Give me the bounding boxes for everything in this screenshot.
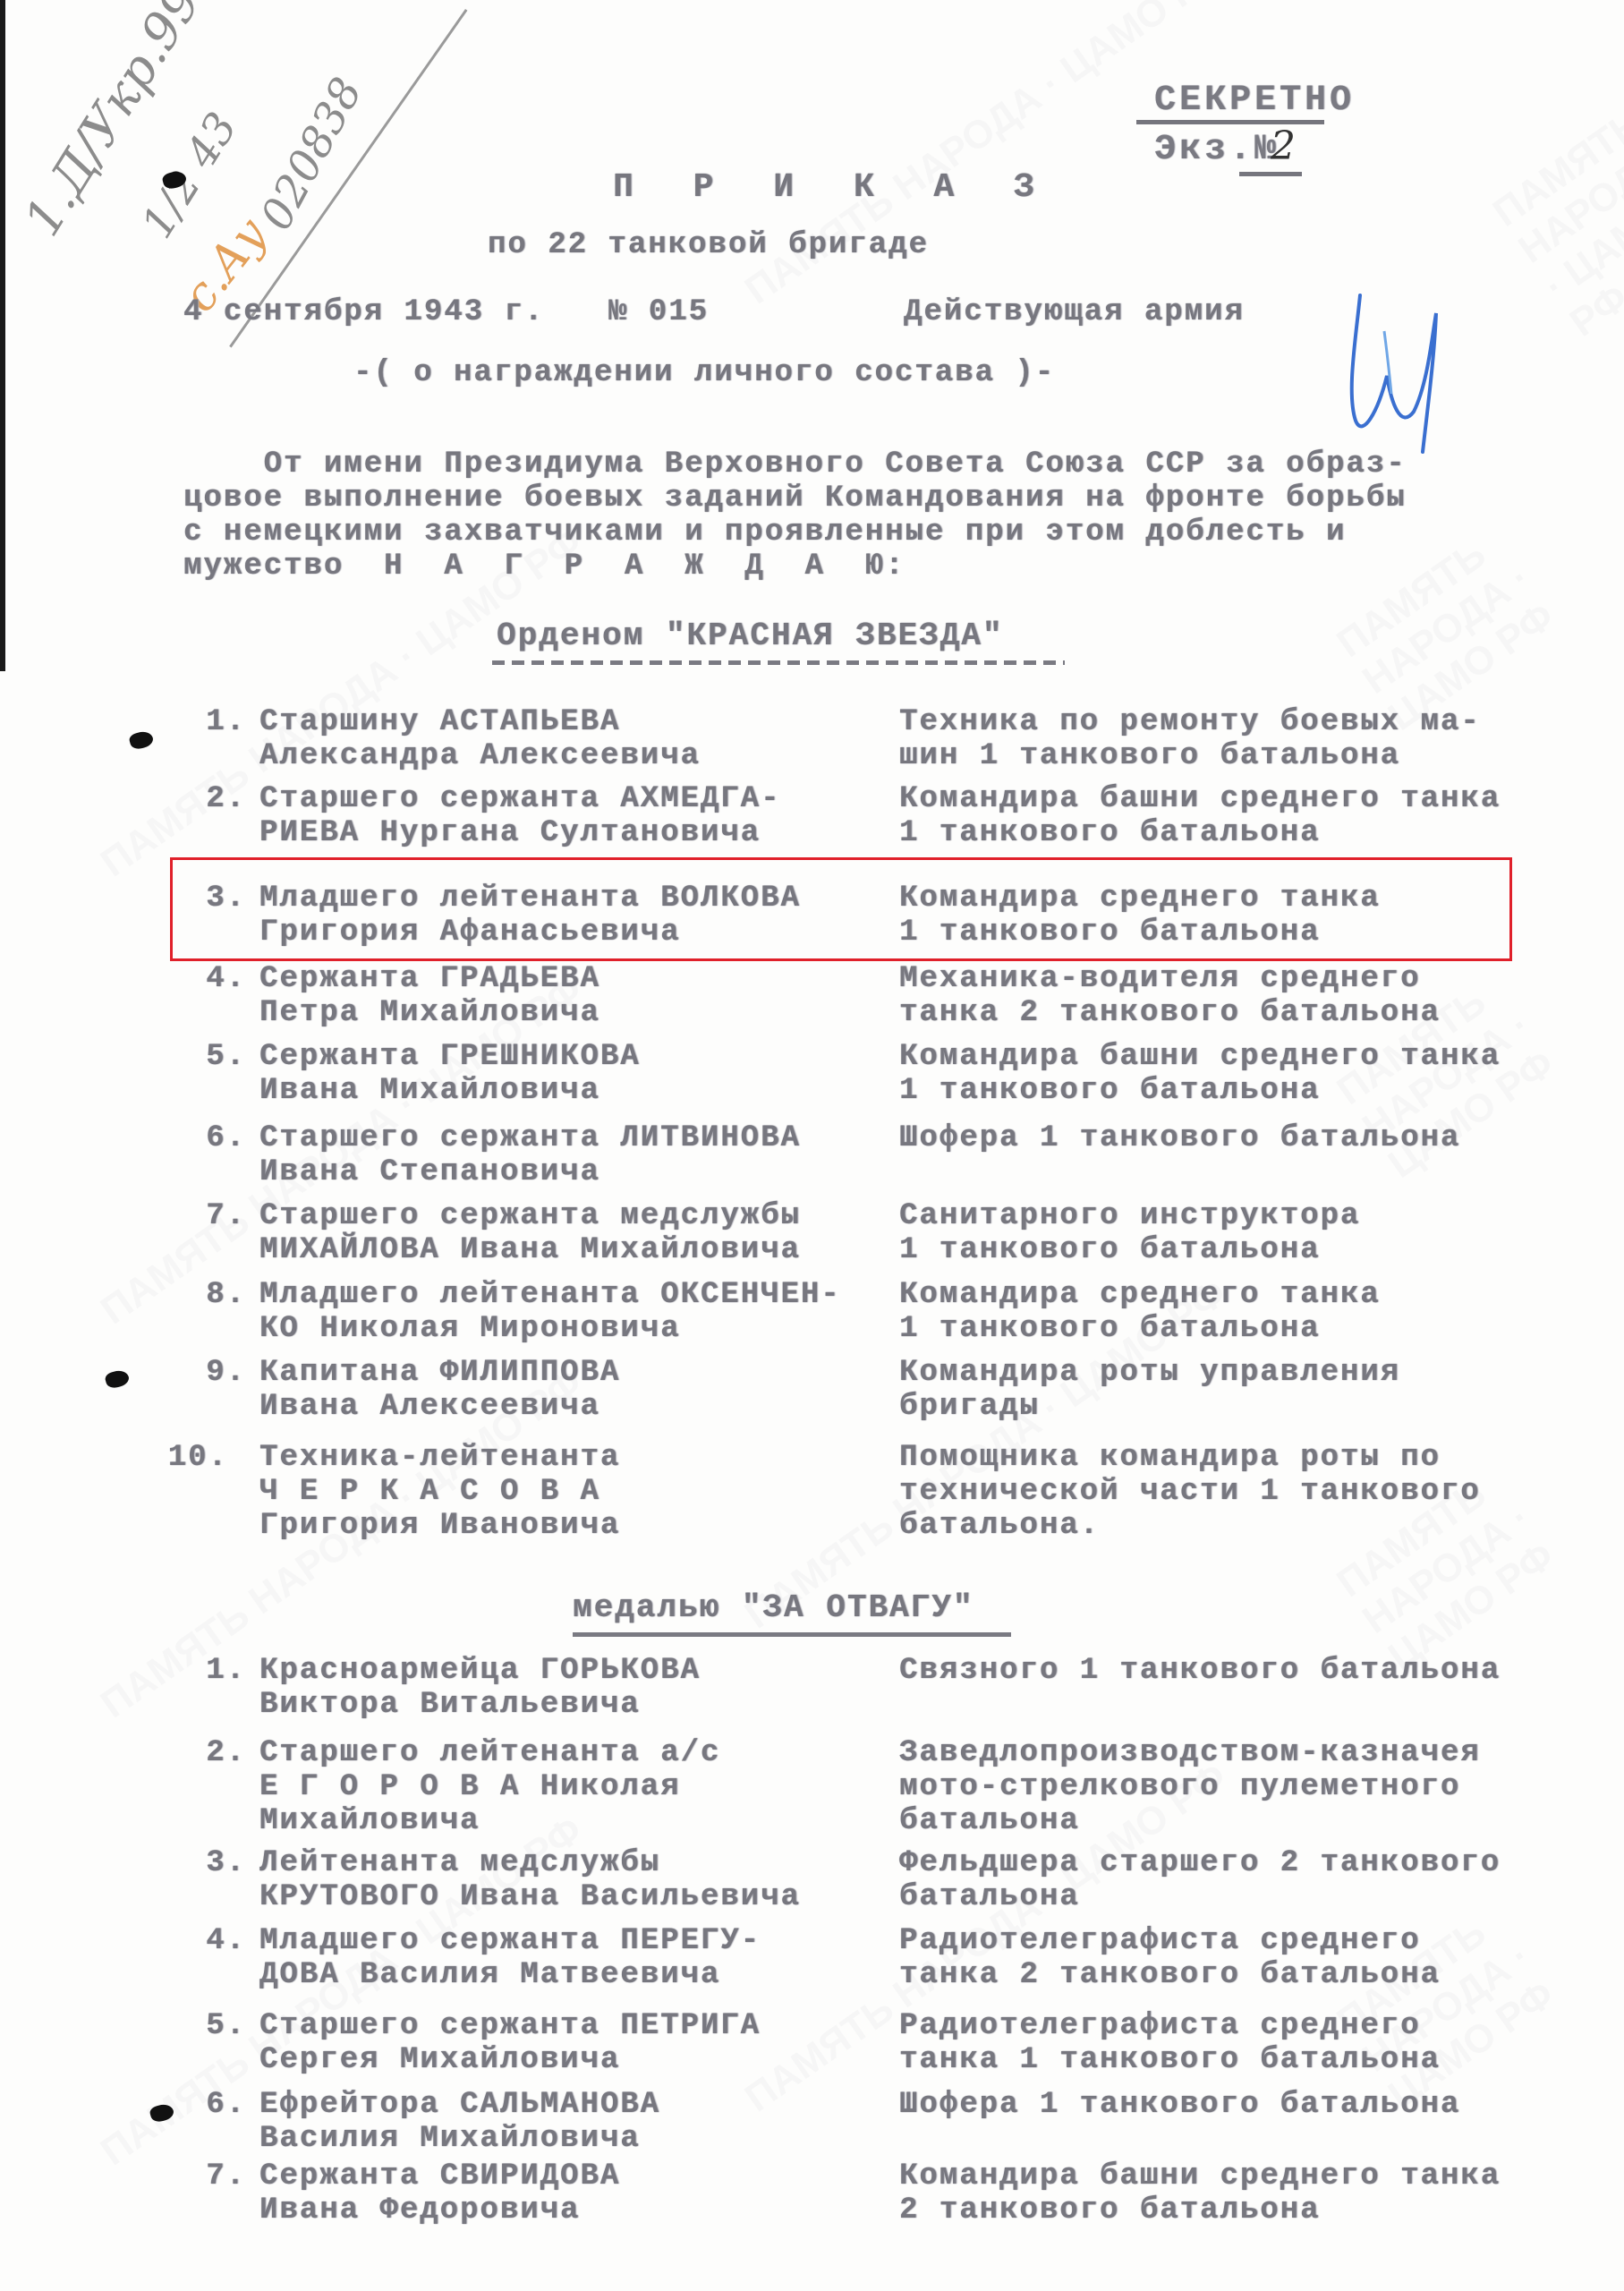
recipient-position: Заведлопроизводством-казначея мото-стрел… bbox=[899, 1736, 1606, 1838]
recipient-name: Старшину АСТАПЬЕВА Александра Алексеевич… bbox=[259, 705, 904, 773]
blue-signature-icon bbox=[1338, 277, 1499, 456]
recipient-name: Старшего лейтенанта а/с Е Г О Р О В А Ни… bbox=[259, 1736, 904, 1838]
recipient-position: Шофера 1 танкового батальона bbox=[899, 1121, 1606, 1155]
highlight-box-entry-3 bbox=[170, 857, 1512, 961]
recipient-position: Командира роты управления бригады bbox=[899, 1356, 1606, 1424]
recipient-position: Санитарного инструктора 1 танкового бата… bbox=[899, 1199, 1606, 1267]
order-topic: -( о награждении личного состава )- bbox=[353, 356, 1055, 390]
preamble-line: с немецкими захватчиками и проявленные п… bbox=[183, 515, 1407, 549]
recipient-position: Фельдшера старшего 2 танкового батальона bbox=[899, 1846, 1606, 1914]
entry-number: 5. bbox=[174, 1040, 246, 1074]
copy-number: 2 bbox=[1271, 123, 1296, 169]
recipient-name: Красноармейца ГОРЬКОВА Виктора Витальеви… bbox=[259, 1654, 904, 1722]
recipient-position: Техника по ремонту боевых ма- шин 1 танк… bbox=[899, 705, 1606, 773]
entry-number: 4. bbox=[174, 1924, 246, 1958]
watermark-stamp: ПАМЯТЬ НАРОДА · ЦАМО РФ bbox=[1485, 102, 1624, 346]
entry-number: 8. bbox=[174, 1278, 246, 1312]
entry-number: 10. bbox=[157, 1441, 228, 1475]
entry-number: 7. bbox=[174, 2159, 246, 2193]
recipient-name: Старшего сержанта АХМЕДГА- РИЕВА Нургана… bbox=[259, 782, 904, 850]
recipient-name: Сержанта СВИРИДОВА Ивана Федоровича bbox=[259, 2159, 904, 2227]
scanned-document-page: ПАМЯТЬ НАРОДА · ЦАМО РФПАМЯТЬ НАРОДА · Ц… bbox=[0, 0, 1624, 2291]
recipient-position: Командира башни среднего танка 1 танково… bbox=[899, 782, 1606, 850]
copy-number-underline bbox=[1239, 172, 1302, 176]
order-date: 4 сентября 1943 г. bbox=[183, 295, 544, 329]
recipient-position: Командира среднего танка 1 танкового бат… bbox=[899, 1278, 1606, 1346]
recipient-name: Младшего лейтенанта ОКСЕНЧЕН- КО Николая… bbox=[259, 1278, 904, 1346]
handwritten-archive-number: 020838 bbox=[251, 70, 372, 238]
recipient-position: Радиотелеграфиста среднего танка 1 танко… bbox=[899, 2009, 1606, 2077]
recipient-name: Сержанта ГРЕШНИКОВА Ивана Михайловича bbox=[259, 1040, 904, 1108]
entry-number: 3. bbox=[174, 1846, 246, 1880]
ink-blot bbox=[104, 1368, 131, 1390]
recipient-position: Связного 1 танкового батальона bbox=[899, 1654, 1606, 1688]
preamble-line: цовое выполнение боевых заданий Командов… bbox=[183, 481, 1407, 515]
entry-number: 1. bbox=[174, 1654, 246, 1688]
entry-number: 9. bbox=[174, 1356, 246, 1390]
order-number: № 015 bbox=[608, 295, 709, 329]
section-heading: Орденом "КРАСНАЯ ЗВЕЗДА" bbox=[497, 617, 1003, 654]
stamp-underline bbox=[1136, 120, 1324, 124]
copy-label: Экз.№ bbox=[1154, 130, 1280, 170]
entry-number: 2. bbox=[174, 782, 246, 816]
entry-number: 6. bbox=[174, 2088, 246, 2122]
preamble-line: От имени Президиума Верховного Совета Со… bbox=[183, 447, 1407, 481]
preamble-line: мужество Н А Г Р А Ж Д А Ю: bbox=[183, 549, 1407, 583]
order-location: Действующая армия bbox=[904, 295, 1245, 329]
secret-stamp-title: СЕКРЕТНО bbox=[1154, 81, 1355, 121]
recipient-name: Старшего сержанта ПЕТРИГА Сергея Михайло… bbox=[259, 2009, 904, 2077]
preamble-text: От имени Президиума Верховного Совета Со… bbox=[183, 447, 1407, 583]
recipient-position: Командира башни среднего танка 1 танково… bbox=[899, 1040, 1606, 1108]
entry-number: 7. bbox=[174, 1199, 246, 1233]
recipient-position: Радиотелеграфиста среднего танка 2 танко… bbox=[899, 1924, 1606, 1992]
recipient-name: Ефрейтора САЛЬМАНОВА Василия Михайловича bbox=[259, 2088, 904, 2156]
section-heading: медалью "ЗА ОТВАГУ" bbox=[573, 1589, 974, 1626]
recipient-position: Командира башни среднего танка 2 танково… bbox=[899, 2159, 1606, 2227]
entry-number: 1. bbox=[174, 705, 246, 739]
recipient-name: Техника-лейтенанта Ч Е Р К А С О В А Гри… bbox=[259, 1441, 904, 1543]
recipient-name: Старшего сержанта ЛИТВИНОВА Ивана Степан… bbox=[259, 1121, 904, 1189]
section-underline bbox=[492, 660, 1065, 665]
scan-edge bbox=[0, 0, 5, 671]
entry-number: 4. bbox=[174, 962, 246, 996]
recipient-position: Механика-водителя среднего танка 2 танко… bbox=[899, 962, 1606, 1030]
ink-blot bbox=[128, 729, 155, 751]
recipient-position: Помощника командира роты по технической … bbox=[899, 1441, 1606, 1543]
recipient-name: Капитана ФИЛИППОВА Ивана Алексеевича bbox=[259, 1356, 904, 1424]
ink-blot bbox=[149, 2102, 175, 2124]
recipient-name: Сержанта ГРАДЬЕВА Петра Михайловича bbox=[259, 962, 904, 1030]
recipient-position: Шофера 1 танкового батальона bbox=[899, 2088, 1606, 2122]
recipient-name: Старшего сержанта медслужбы МИХАЙЛОВА Ив… bbox=[259, 1199, 904, 1267]
entry-number: 6. bbox=[174, 1121, 246, 1155]
recipient-name: Лейтенанта медслужбы КРУТОВОГО Ивана Вас… bbox=[259, 1846, 904, 1914]
entry-number: 2. bbox=[174, 1736, 246, 1770]
entry-number: 5. bbox=[174, 2009, 246, 2043]
section-underline bbox=[573, 1632, 1011, 1637]
document-title: П Р И К А З bbox=[613, 168, 1054, 207]
recipient-name: Младшего сержанта ПЕРЕГУ- ДОВА Василия М… bbox=[259, 1924, 904, 1992]
document-subtitle: по 22 танковой бригаде bbox=[488, 228, 929, 262]
